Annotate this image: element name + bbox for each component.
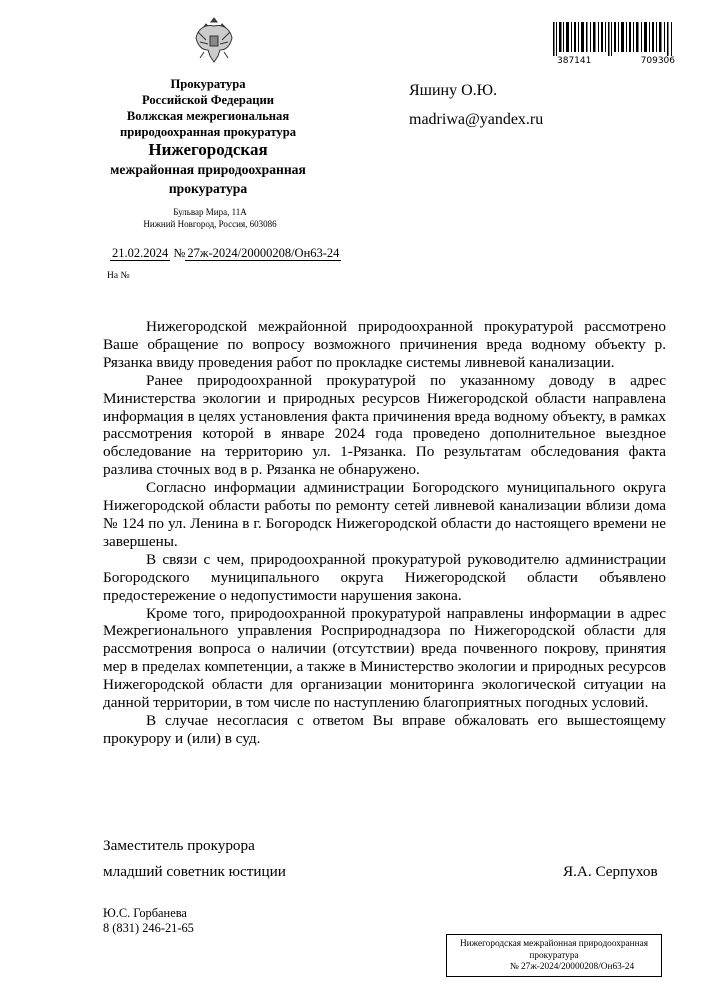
- executor-phone: 8 (831) 246-21-65: [103, 921, 194, 936]
- barcode-left-digits: 387141: [557, 56, 591, 66]
- registration-stamp: Нижегородская межрайонная природоохранна…: [446, 934, 662, 977]
- org-line: природоохранная прокуратура: [88, 124, 328, 140]
- signer-position: Заместитель прокурора: [103, 837, 255, 855]
- stamp-line: Нижегородская межрайонная природоохранна…: [447, 939, 661, 951]
- in-reply-to: На №: [107, 271, 130, 281]
- executor-name: Ю.С. Горбанева: [103, 906, 194, 921]
- body-paragraph: Согласно информации администрации Богоро…: [103, 479, 666, 551]
- org-subtitle: прокуратура: [88, 179, 328, 198]
- address-line: Бульвар Мира, 11А: [100, 207, 320, 219]
- org-title: Нижегородская: [88, 140, 328, 160]
- executor-info: Ю.С. Горбанева 8 (831) 246-21-65: [103, 906, 194, 935]
- letter-body: Нижегородской межрайонной природоохранно…: [103, 318, 666, 748]
- org-line: Российской Федерации: [88, 92, 328, 108]
- body-paragraph: Ранее природоохранной прокуратурой по ук…: [103, 372, 666, 479]
- recipient-name: Яшину О.Ю.: [409, 81, 497, 101]
- stamp-number: № 27ж-2024/20000208/Он63-24: [447, 962, 661, 974]
- barcode-number: 387141 709306: [557, 56, 675, 66]
- coat-of-arms-icon: [192, 14, 236, 66]
- body-paragraph: В связи с чем, природоохранной прокурату…: [103, 551, 666, 605]
- org-subtitle: межрайонная природоохранная: [88, 160, 328, 179]
- body-paragraph: Кроме того, природоохранной прокуратурой…: [103, 605, 666, 712]
- org-address: Бульвар Мира, 11А Нижний Новгород, Росси…: [100, 207, 320, 230]
- org-line: Волжская межрегиональная: [88, 108, 328, 124]
- registration-line: 21.02.2024 №27ж-2024/20000208/Он63-24: [110, 246, 341, 261]
- recipient-email: madriwa@yandex.ru: [409, 110, 543, 130]
- signer-rank: младший советник юстиции: [103, 863, 286, 881]
- address-line: Нижний Новгород, Россия, 603086: [100, 219, 320, 231]
- stamp-line: прокуратура: [447, 951, 661, 963]
- reg-no-sign: №: [173, 246, 185, 260]
- reg-date: 21.02.2024: [110, 246, 170, 261]
- org-line: Прокуратура: [88, 76, 328, 92]
- reg-number: 27ж-2024/20000208/Он63-24: [185, 246, 341, 261]
- organization-header: Прокуратура Российской Федерации Волжска…: [88, 76, 328, 198]
- body-paragraph: Нижегородской межрайонной природоохранно…: [103, 318, 666, 372]
- barcode-right-digits: 709306: [641, 56, 675, 66]
- body-paragraph: В случае несогласия с ответом Вы вправе …: [103, 712, 666, 748]
- barcode-icon: [553, 22, 675, 56]
- signer-name: Я.А. Серпухов: [563, 863, 658, 881]
